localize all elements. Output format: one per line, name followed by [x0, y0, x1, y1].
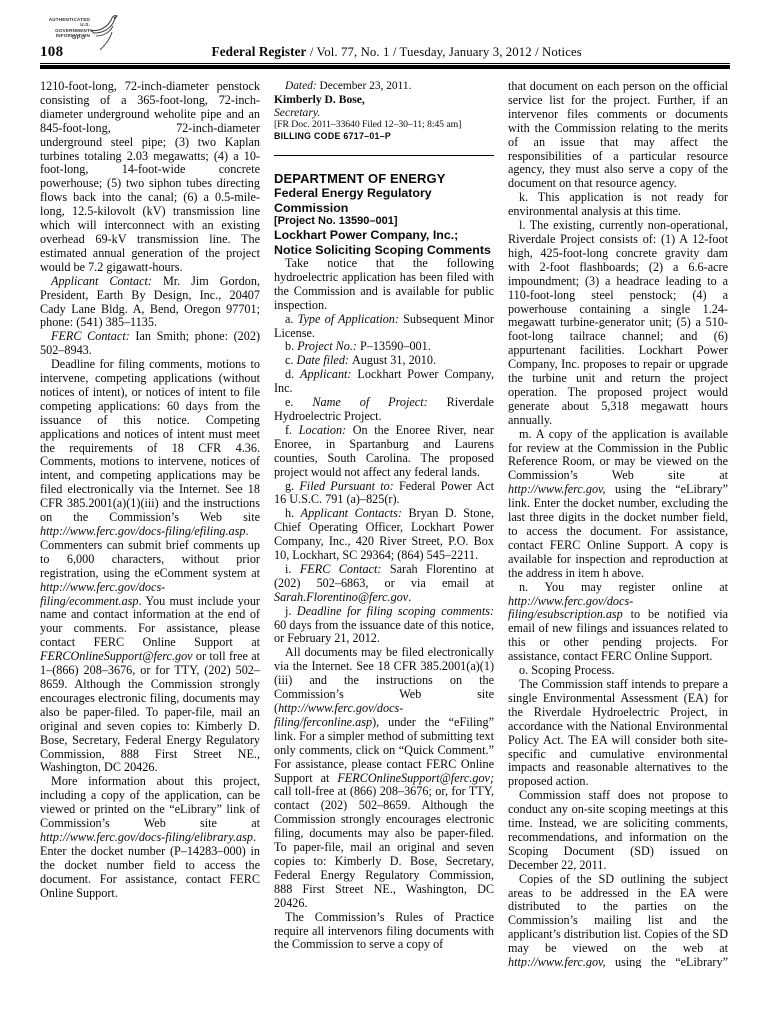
- text-run: FERCOnlineSupport@ferc.gov;: [337, 771, 494, 785]
- paragraph: Dated: December 23, 2011.: [274, 80, 494, 93]
- column-2: Dated: December 23, 2011.Kimberly D. Bos…: [274, 80, 494, 968]
- text-run: Commission staff does not propose to con…: [508, 788, 728, 872]
- paragraph: Secretary.: [274, 106, 494, 119]
- text-run: [FR Doc. 2011–33640 Filed 12–30–11; 8:45…: [274, 119, 461, 130]
- text-run: m. A copy of the application is availabl…: [508, 427, 728, 483]
- text-run: August 31, 2010.: [352, 353, 436, 367]
- paragraph: Copies of the SD outlining the subject a…: [508, 873, 728, 968]
- text-run: call toll-free at (866) 208–3676; or, fo…: [274, 784, 494, 909]
- text-run: i.: [285, 562, 300, 576]
- text-run: Deadline for filing comments, motions to…: [40, 357, 260, 524]
- text-run: Secretary.: [274, 106, 320, 119]
- paragraph: e. Name of Project: Riverdale Hydroelect…: [274, 396, 494, 424]
- paragraph: Deadline for filing comments, motions to…: [40, 358, 260, 775]
- text-run: 1210-foot-long, 72-inch-diameter penstoc…: [40, 80, 260, 274]
- paragraph: The Commission staff intends to prepare …: [508, 678, 728, 789]
- text-run: The Commission staff intends to prepare …: [508, 677, 728, 788]
- masthead-rule-thin: [40, 63, 730, 64]
- gpo-logo-acronym: GPO: [72, 35, 86, 41]
- text-run: Applicant:: [300, 367, 357, 381]
- text-run: j.: [285, 604, 297, 618]
- text-run: Deadline for filing scoping comments:: [297, 604, 494, 618]
- text-run: BILLING CODE 6717–01–P: [274, 131, 391, 141]
- paragraph: m. A copy of the application is availabl…: [508, 428, 728, 581]
- text-run: http://www.ferc.gov,: [508, 955, 606, 968]
- text-run: Project No.:: [297, 339, 360, 353]
- text-run: k. This application is not ready for env…: [508, 190, 728, 218]
- paragraph: More information about this project, inc…: [40, 775, 260, 900]
- federal-register-page: AUTHENTICATED U.S. GOVERNMENT INFORMATIO…: [0, 0, 770, 1024]
- text-run: f.: [285, 423, 299, 437]
- text-run: http://www.ferc.gov/docs-filing/efiling.…: [40, 524, 245, 538]
- paragraph: d. Applicant: Lockhart Power Company, In…: [274, 368, 494, 396]
- paragraph: that document on each person on the offi…: [508, 80, 728, 191]
- paragraph: b. Project No.: P–13590–001.: [274, 340, 494, 354]
- paragraph: l. The existing, currently non-operation…: [508, 219, 728, 428]
- text-run: Dated:: [285, 80, 319, 92]
- text-run: g.: [285, 479, 299, 493]
- masthead-rule-thick: [40, 65, 730, 68]
- paragraph: [FR Doc. 2011–33640 Filed 12–30–11; 8:45…: [274, 119, 494, 131]
- text-run: e.: [285, 395, 312, 409]
- masthead-rule: [40, 63, 730, 69]
- section-heading: DEPARTMENT OF ENERGY: [274, 171, 494, 186]
- paragraph: BILLING CODE 6717–01–P: [274, 131, 494, 142]
- text-run: l. The existing, currently non-operation…: [508, 218, 728, 427]
- column-1: 1210-foot-long, 72-inch-diameter penstoc…: [40, 80, 260, 968]
- text-run: More information about this project, inc…: [40, 774, 260, 830]
- paragraph: j. Deadline for filing scoping comments:…: [274, 605, 494, 647]
- paragraph: h. Applicant Contacts: Bryan D. Stone, C…: [274, 507, 494, 563]
- masthead-title-issue: / Vol. 77, No. 1 / Tuesday, January 3, 2…: [307, 45, 582, 59]
- text-run: DEPARTMENT OF ENERGY: [274, 171, 446, 186]
- text-run: Kimberly D. Bose,: [274, 93, 365, 106]
- paragraph: Commission staff does not propose to con…: [508, 789, 728, 872]
- paragraph: a. Type of Application: Subsequent Minor…: [274, 313, 494, 341]
- text-run: The Commission’s Rules of Practice requi…: [274, 910, 494, 952]
- paragraph: FERC Contact: Ian Smith; phone: (202) 50…: [40, 330, 260, 358]
- text-run: Applicant Contact:: [51, 274, 163, 288]
- text-run: 60 days from the issuance date of this n…: [274, 618, 494, 646]
- text-run: Copies of the SD outlining the subject a…: [508, 872, 728, 956]
- masthead: 108 Federal Register / Vol. 77, No. 1 / …: [40, 44, 730, 61]
- section-heading: Federal Energy Regulatory Commission: [274, 186, 494, 215]
- text-run: Sarah.Florentino@ferc.gov: [274, 590, 408, 604]
- masthead-title-publication: Federal Register: [212, 44, 307, 59]
- page-number: 108: [40, 44, 63, 61]
- text-run: Filed Pursuant to:: [299, 479, 399, 493]
- paragraph: g. Filed Pursuant to: Federal Power Act …: [274, 480, 494, 508]
- paragraph: Kimberly D. Bose,: [274, 93, 494, 106]
- text-run: FERC Contact:: [300, 562, 390, 576]
- text-run: December 23, 2011.: [319, 80, 411, 92]
- columns: 1210-foot-long, 72-inch-diameter penstoc…: [40, 80, 728, 968]
- text-run: [Project No. 13590–001]: [274, 215, 398, 227]
- text-run: http://www.ferc.gov,: [508, 482, 606, 496]
- text-run: Name of Project:: [312, 395, 446, 409]
- text-run: Take notice that the following hydroelec…: [274, 256, 494, 312]
- text-run: that document on each person on the offi…: [508, 80, 728, 190]
- text-run: h.: [285, 506, 301, 520]
- section-heading: Lockhart Power Company, Inc.; Notice Sol…: [274, 228, 494, 257]
- text-run: o. Scoping Process.: [519, 663, 614, 677]
- text-run: c.: [285, 353, 297, 367]
- paragraph: n. You may register online at http://www…: [508, 581, 728, 664]
- text-run: Type of Application:: [298, 312, 404, 326]
- paragraph: Take notice that the following hydroelec…: [274, 257, 494, 313]
- text-run: a.: [285, 312, 298, 326]
- text-run: FERC Contact:: [51, 329, 135, 343]
- section-divider: [274, 155, 494, 156]
- text-run: Date filed:: [297, 353, 353, 367]
- text-run: http://www.ferc.gov/docs-filing/esubscri…: [508, 594, 633, 622]
- text-run: n. You may register online at: [519, 580, 728, 594]
- section-heading: [Project No. 13590–001]: [274, 215, 494, 228]
- paragraph: c. Date filed: August 31, 2010.: [274, 354, 494, 368]
- text-run: or toll free at 1–(866) 208–3676, or for…: [40, 649, 260, 774]
- paragraph: 1210-foot-long, 72-inch-diameter penstoc…: [40, 80, 260, 275]
- text-run: d.: [285, 367, 300, 381]
- text-run: Federal Energy Regulatory Commission: [274, 186, 432, 215]
- paragraph: o. Scoping Process.: [508, 664, 728, 678]
- paragraph: k. This application is not ready for env…: [508, 191, 728, 219]
- text-run: .: [408, 590, 411, 604]
- paragraph: The Commission’s Rules of Practice requi…: [274, 911, 494, 953]
- text-run: using the “eLibrary” link. Enter the doc…: [508, 482, 728, 579]
- paragraph: Applicant Contact: Mr. Jim Gordon, Presi…: [40, 275, 260, 331]
- masthead-title: Federal Register / Vol. 77, No. 1 / Tues…: [63, 44, 730, 60]
- text-run: http://www.ferc.gov/docs-filing/elibrary…: [40, 830, 253, 844]
- text-run: FERCOnlineSupport@ferc.gov: [40, 649, 193, 663]
- paragraph: f. Location: On the Enoree River, near E…: [274, 424, 494, 480]
- text-run: b.: [285, 339, 297, 353]
- paragraph: i. FERC Contact: Sarah Florentino at (20…: [274, 563, 494, 605]
- column-3: that document on each person on the offi…: [508, 80, 728, 968]
- text-run: P–13590–001.: [360, 339, 431, 353]
- text-run: Applicant Contacts:: [301, 506, 409, 520]
- paragraph: All documents may be filed electronicall…: [274, 646, 494, 910]
- text-run: Lockhart Power Company, Inc.; Notice Sol…: [274, 228, 491, 257]
- gpo-logo-line: U.S. GOVERNMENT: [46, 22, 90, 33]
- text-run: Location:: [299, 423, 353, 437]
